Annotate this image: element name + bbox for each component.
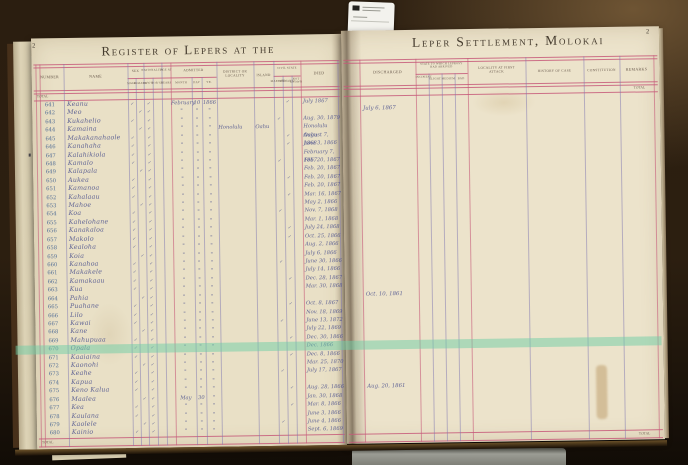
nationality-mark: ✓	[144, 108, 153, 117]
admitted-month: "	[175, 369, 196, 378]
sex-mark: ✓	[130, 268, 138, 277]
row-number: 653	[40, 202, 62, 211]
admitted-year: "	[202, 116, 217, 125]
nationality-mark: ✓	[148, 378, 157, 387]
sub-header-stage-3: Medium	[442, 77, 455, 81]
row-number: 676	[43, 396, 65, 405]
row-number: 652	[40, 194, 62, 203]
total-label-top-left: Total	[37, 94, 48, 98]
sex-mark: ✓	[131, 277, 139, 286]
admitted-day: "	[196, 368, 206, 377]
admitted-month: "	[172, 192, 193, 201]
group-header-civil-state: Civil State	[271, 66, 302, 70]
admitted-month: "	[171, 133, 192, 142]
row-number: 641	[39, 101, 61, 110]
admitted-month: "	[176, 411, 197, 420]
admitted-day: "	[194, 242, 204, 251]
total-label-bottom-right: Total	[639, 431, 650, 435]
admitted-day: "	[194, 234, 204, 243]
row-number: 649	[40, 168, 62, 177]
admitted-year: "	[207, 419, 222, 428]
civil-state-mark: ✓	[279, 418, 288, 427]
sex-mark: ✓	[130, 226, 138, 235]
sex-mark: ✓	[129, 184, 137, 193]
tab-text-line	[363, 7, 385, 9]
admitted-year: "	[205, 284, 220, 293]
sub-header-day: Day	[192, 81, 202, 84]
admitted-month: "	[173, 259, 194, 268]
sub-header-year: Yr.	[202, 81, 217, 85]
admitted-month: "	[175, 352, 196, 361]
admitted-month: "	[171, 124, 192, 133]
nationality-mark: ✓	[144, 117, 153, 126]
admitted-year: "	[203, 183, 218, 192]
sex-mark: ✓	[140, 395, 148, 404]
admitted-year: "	[203, 166, 218, 175]
sex-mark: ✓	[141, 420, 149, 429]
admitted-day: "	[196, 360, 206, 369]
admitted-year: "	[203, 200, 218, 209]
admitted-month: "	[173, 209, 194, 218]
admitted-year: "	[205, 292, 220, 301]
sex-mark: ✓	[140, 361, 148, 370]
admitted-year: "	[206, 368, 221, 377]
admitted-day: 30	[196, 394, 206, 403]
admitted-year: 1866	[202, 99, 217, 108]
admitted-year: "	[205, 301, 220, 310]
nationality-mark: ✓	[145, 159, 154, 168]
nationality-mark: ✓	[145, 201, 154, 210]
admitted-day: 10	[192, 99, 202, 108]
admitted-month: "	[174, 293, 195, 302]
admitted-month: "	[176, 427, 197, 436]
row-number: 673	[43, 370, 65, 379]
row-number: 643	[39, 118, 61, 127]
admitted-month: "	[172, 200, 193, 209]
admitted-month: "	[173, 234, 194, 243]
civil-state-mark: ✓	[276, 207, 285, 216]
sex-mark: ✓	[132, 353, 140, 362]
admitted-day: "	[193, 183, 203, 192]
nationality-mark: ✓	[145, 150, 154, 159]
row-number: 662	[42, 278, 64, 287]
admitted-year: "	[204, 225, 219, 234]
col-header-district: District or Locality	[218, 69, 251, 78]
island-entry: Oahu	[255, 123, 274, 132]
nationality-mark: ✓	[146, 243, 155, 252]
sex-mark: ✓	[132, 378, 140, 387]
admitted-year: "	[202, 124, 217, 133]
admitted-year: "	[204, 250, 219, 259]
row-number: 668	[42, 328, 64, 337]
row-number: 657	[41, 236, 63, 245]
sub-header-stage-2: Slight	[429, 77, 442, 81]
total-label-top-right: Total	[634, 85, 645, 89]
nationality-mark: ✓	[147, 277, 156, 286]
admitted-year: "	[203, 175, 218, 184]
sex-mark: ✓	[129, 159, 137, 168]
nationality-mark: ✓	[144, 100, 153, 109]
nationality-mark: ✓	[145, 192, 154, 201]
sex-mark: ✓	[139, 293, 147, 302]
row-name: Kainio	[72, 428, 132, 437]
col-header-name: Name	[64, 74, 128, 80]
col-header-discharged: Discharged	[360, 70, 416, 76]
admitted-month: "	[172, 166, 193, 175]
sub-header-month: Month	[171, 81, 192, 85]
died-date: Sept. 6, 1869	[308, 425, 345, 434]
sex-mark: ✓	[130, 209, 138, 218]
sex-mark: ✓	[128, 100, 136, 109]
admitted-day: "	[193, 175, 203, 184]
admitted-year: "	[203, 158, 218, 167]
sub-header-stage-4: Bad	[455, 77, 468, 81]
sex-mark: ✓	[130, 243, 138, 252]
admitted-day: "	[195, 284, 205, 293]
nationality-mark: ✓	[149, 411, 158, 420]
admitted-year: "	[204, 208, 219, 217]
register-book: Register of Lepers at the Leper Settleme…	[5, 26, 669, 452]
admitted-day: "	[193, 149, 203, 158]
sex-mark: ✓	[128, 134, 136, 143]
admitted-day: "	[193, 158, 203, 167]
civil-state-mark: ✓	[274, 115, 283, 124]
admitted-year: "	[204, 233, 219, 242]
sex-mark: ✓	[129, 193, 137, 202]
nationality-mark: ✓	[147, 327, 156, 336]
sex-mark: ✓	[139, 327, 147, 336]
civil-state-mark: ✓	[276, 258, 285, 267]
admitted-day: "	[197, 419, 207, 428]
admitted-month: "	[172, 175, 193, 184]
row-number: 645	[39, 135, 61, 144]
admitted-month: "	[174, 310, 195, 319]
sub-header-not-known: Not Known	[290, 77, 303, 84]
row-number: 665	[42, 303, 64, 312]
sex-mark: ✓	[132, 369, 140, 378]
sex-mark: ✓	[136, 108, 144, 117]
admitted-day: "	[196, 402, 206, 411]
admitted-year: "	[205, 326, 220, 335]
nationality-mark: ✓	[147, 285, 156, 294]
admitted-year: "	[206, 377, 221, 386]
nationality-mark: ✓	[146, 234, 155, 243]
nationality-mark: ✓	[146, 251, 155, 260]
row-number: 678	[44, 413, 66, 422]
total-label-bottom-left: Total	[42, 440, 53, 444]
admitted-year: "	[206, 402, 221, 411]
nationality-mark: ✓	[146, 226, 155, 235]
tab-logo-mark	[352, 5, 359, 10]
nationality-mark: ✓	[144, 125, 153, 134]
col-header-died: Died	[301, 71, 338, 76]
admitted-day: "	[194, 225, 204, 234]
row-number: 663	[42, 286, 64, 295]
row-number: 659	[41, 253, 63, 262]
sub-header-stage-1: Incipient	[416, 76, 429, 80]
civil-state-mark: ✓	[278, 367, 287, 376]
admitted-month: "	[174, 301, 195, 310]
admitted-day: "	[197, 410, 207, 419]
sex-mark: ✓	[129, 150, 137, 159]
civil-state-mark: ✓	[275, 157, 284, 166]
row-number: 646	[40, 143, 62, 152]
row-number: 677	[43, 404, 65, 413]
row-number: 667	[42, 320, 64, 329]
civil-state-mark: ✓	[287, 384, 296, 393]
admitted-day: "	[195, 301, 205, 310]
nationality-mark: ✓	[148, 369, 157, 378]
sex-mark: ✓	[131, 310, 139, 319]
admitted-month: "	[174, 284, 195, 293]
admitted-day: "	[194, 208, 204, 217]
row-number: 654	[41, 211, 63, 220]
admitted-day: "	[192, 116, 202, 125]
admitted-month: "	[174, 318, 195, 327]
admitted-month: "	[173, 225, 194, 234]
civil-state-mark: ✓	[287, 350, 296, 359]
admitted-year: "	[206, 351, 221, 360]
admitted-day: "	[195, 276, 205, 285]
row-number: 680	[44, 429, 66, 438]
tab-divider	[351, 20, 389, 22]
civil-state-mark: ✓	[286, 300, 295, 309]
admitted-year: "	[206, 385, 221, 394]
sex-mark: ✓	[128, 117, 136, 126]
admitted-day: "	[193, 141, 203, 150]
admitted-day: "	[196, 385, 206, 394]
admitted-year: "	[203, 149, 218, 158]
admitted-day: "	[194, 217, 204, 226]
row-number: 644	[39, 126, 61, 135]
admitted-day: "	[192, 107, 202, 116]
register-photo: Register of Lepers at the Leper Settleme…	[0, 0, 688, 465]
admitted-year: "	[202, 107, 217, 116]
admitted-day: "	[192, 133, 202, 142]
nationality-mark: ✓	[148, 352, 157, 361]
admitted-day: "	[194, 259, 204, 268]
col-header-number: Number	[36, 75, 64, 80]
nationality-mark: ✓	[148, 361, 157, 370]
admitted-month: "	[174, 276, 195, 285]
sex-mark: ✓	[132, 403, 140, 412]
row-number: 664	[42, 295, 64, 304]
right-page-number: 2	[646, 28, 649, 35]
admitted-year: "	[204, 242, 219, 251]
admitted-month: "	[173, 217, 194, 226]
admitted-month: May	[175, 394, 196, 403]
col-header-island: Island	[254, 73, 274, 77]
admitted-day: "	[197, 427, 207, 436]
admitted-year: "	[207, 427, 222, 436]
admitted-day: "	[195, 293, 205, 302]
admitted-year: "	[206, 360, 221, 369]
nationality-mark: ✓	[146, 260, 155, 269]
left-page-number: 2	[32, 42, 35, 49]
nationality-mark: ✓	[149, 420, 158, 429]
sex-mark: ✓	[133, 428, 141, 437]
civil-state-mark: ✓	[286, 274, 295, 283]
row-number: 655	[41, 219, 63, 228]
admitted-month: "	[175, 360, 196, 369]
admitted-month: "	[171, 108, 192, 117]
admitted-month: "	[175, 377, 196, 386]
row-number: 661	[41, 269, 63, 278]
sex-mark: ✓	[130, 218, 138, 227]
sex-mark: ✓	[133, 411, 141, 420]
nationality-mark: ✓	[144, 133, 153, 142]
row-number: 671	[43, 354, 65, 363]
admitted-year: "	[205, 309, 220, 318]
group-header-admitted: Admitted	[170, 68, 216, 73]
admitted-day: "	[193, 192, 203, 201]
row-number: 642	[39, 109, 61, 118]
admitted-month: "	[173, 251, 194, 260]
nationality-mark: ✓	[147, 302, 156, 311]
row-number: 660	[41, 261, 63, 270]
row-number: 674	[43, 379, 65, 388]
nationality-mark: ✓	[148, 386, 157, 395]
nationality-mark: ✓	[147, 319, 156, 328]
sex-mark: ✓	[136, 125, 144, 134]
admitted-month: "	[175, 385, 196, 394]
nationality-mark: ✓	[146, 268, 155, 277]
row-number: 650	[40, 177, 62, 186]
admitted-month: "	[175, 402, 196, 411]
admitted-year: "	[205, 276, 220, 285]
sex-mark: ✓	[129, 142, 137, 151]
civil-state-mark: ✓	[284, 140, 293, 149]
admitted-month: "	[172, 158, 193, 167]
row-number: 656	[41, 227, 63, 236]
admitted-day: "	[192, 124, 202, 133]
nationality-mark: ✓	[147, 310, 156, 319]
civil-state-mark: ✓	[283, 131, 292, 140]
row-number: 672	[43, 362, 65, 371]
admitted-month: "	[173, 242, 194, 251]
tab-text-line	[353, 16, 367, 17]
row-number: 658	[41, 244, 63, 253]
admitted-month: "	[176, 419, 197, 428]
sex-mark: ✓	[131, 285, 139, 294]
civil-state-mark: ✓	[287, 401, 296, 410]
group-header-stage: State to which Leprosy had arrived	[416, 62, 466, 69]
sex-mark: ✓	[130, 235, 138, 244]
admitted-year: "	[204, 259, 219, 268]
row-number: 675	[43, 387, 65, 396]
civil-state-mark: ✓	[284, 190, 293, 199]
sex-mark: ✓	[137, 167, 145, 176]
admitted-month: "	[172, 150, 193, 159]
admitted-day: "	[195, 326, 205, 335]
admitted-month: February	[171, 99, 192, 108]
col-header-constitution: Constitution	[583, 68, 619, 73]
nationality-mark: ✓	[149, 428, 158, 437]
admitted-year: "	[204, 267, 219, 276]
civil-state-mark: ✓	[285, 224, 294, 233]
admitted-month: "	[172, 183, 193, 192]
nationality-mark: ✓	[145, 175, 154, 184]
admitted-day: "	[195, 309, 205, 318]
admitted-day: "	[194, 251, 204, 260]
nationality-mark: ✓	[146, 209, 155, 218]
col-header-history: History of Case	[526, 68, 584, 73]
row-number: 666	[42, 312, 64, 321]
sex-mark: ✓	[130, 260, 138, 269]
admitted-month: "	[172, 141, 193, 150]
admitted-year: "	[205, 318, 220, 327]
nationality-mark: ✓	[147, 293, 156, 302]
admitted-day: "	[196, 377, 206, 386]
row-number: 679	[44, 421, 66, 430]
admitted-month: "	[171, 116, 192, 125]
nationality-mark: ✓	[146, 218, 155, 227]
sex-mark: ✓	[129, 176, 137, 185]
civil-state-mark: ✓	[277, 317, 286, 326]
sex-mark: ✓	[131, 302, 139, 311]
nationality-mark: ✓	[145, 142, 154, 151]
nationality-mark: ✓	[148, 403, 157, 412]
col-header-remarks: Remarks	[619, 67, 653, 72]
admitted-month: "	[173, 268, 194, 277]
sex-mark: ✓	[132, 386, 140, 395]
tab-text-line	[362, 10, 380, 12]
admitted-day: "	[194, 267, 204, 276]
sex-mark: ✓	[131, 319, 139, 328]
row-number: 648	[40, 160, 62, 169]
row-number: 647	[40, 152, 62, 161]
admitted-year: "	[203, 141, 218, 150]
civil-state-mark: ✓	[285, 232, 294, 241]
civil-state-mark: ✓	[284, 173, 293, 182]
admitted-day: "	[196, 352, 206, 361]
admitted-year: "	[207, 410, 222, 419]
admitted-month: "	[174, 326, 195, 335]
admitted-year: "	[204, 217, 219, 226]
gray-table-edge	[352, 448, 566, 465]
civil-state-mark: ✓	[283, 98, 292, 107]
admitted-day: "	[195, 318, 205, 327]
sex-mark: ✓	[138, 251, 146, 260]
admitted-year: "	[206, 393, 221, 402]
col-header-locality-first: Locality at First Attack	[471, 65, 521, 74]
admitted-day: "	[193, 200, 203, 209]
row-number: 651	[40, 185, 62, 194]
admitted-year: "	[202, 132, 217, 141]
sex-mark: ✓	[137, 201, 145, 210]
admitted-year: "	[203, 191, 218, 200]
nationality-mark: ✓	[145, 167, 154, 176]
nationality-mark: ✓	[148, 394, 157, 403]
nationality-mark: ✓	[145, 184, 154, 193]
admitted-day: "	[193, 166, 203, 175]
